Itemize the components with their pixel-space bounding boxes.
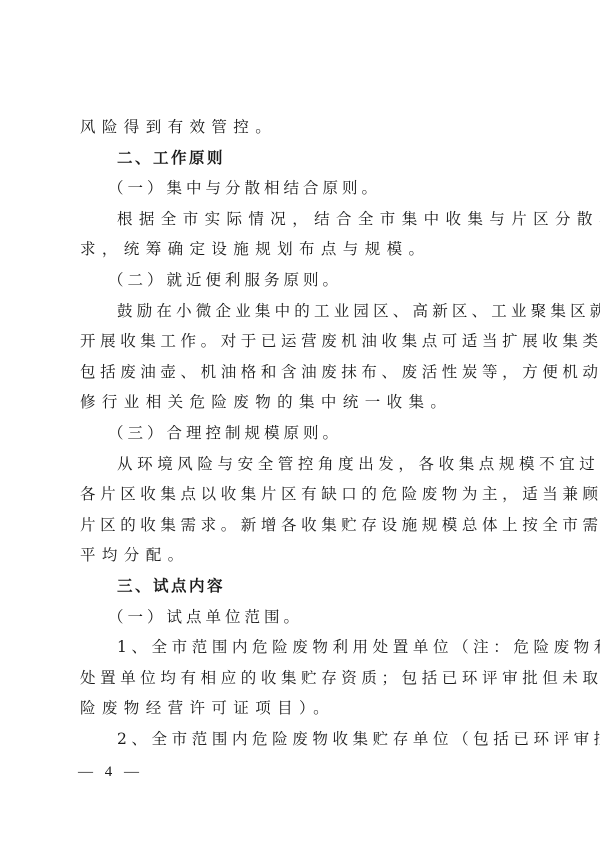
subsection-heading: （一）试点单位范围。 bbox=[80, 602, 520, 633]
paragraph-line: 2、全市范围内危险废物收集贮存单位（包括已环评审批但 bbox=[80, 724, 520, 755]
document-body: 风险得到有效管控。 二、工作原则 （一）集中与分散相结合原则。 根据全市实际情况… bbox=[80, 112, 520, 754]
paragraph-line: 根据全市实际情况，结合全市集中收集与片区分散收集需 bbox=[80, 204, 520, 235]
paragraph-line: 片区的收集需求。新增各收集贮存设施规模总体上按全市需求量 bbox=[80, 510, 520, 541]
paragraph-line: 险废物经营许可证项目）。 bbox=[80, 693, 520, 724]
paragraph-line: 各片区收集点以收集片区有缺口的危险废物为主，适当兼顾周边 bbox=[80, 479, 520, 510]
paragraph-line: 包括废油壶、机油格和含油废抹布、废活性炭等，方便机动车维 bbox=[80, 357, 520, 388]
subsection-heading: （二）就近便利服务原则。 bbox=[80, 265, 520, 296]
section-heading: 二、工作原则 bbox=[80, 143, 520, 174]
paragraph-line: 1、全市范围内危险废物利用处置单位（注：危险废物利用 bbox=[80, 632, 520, 663]
page-number: — 4 — bbox=[78, 764, 143, 781]
paragraph-line: 求，统筹确定设施规划布点与规模。 bbox=[80, 234, 520, 265]
paragraph-line: 开展收集工作。对于已运营废机油收集点可适当扩展收集类别， bbox=[80, 326, 520, 357]
paragraph-line: 修行业相关危险废物的集中统一收集。 bbox=[80, 387, 520, 418]
paragraph-line: 从环境风险与安全管控角度出发，各收集点规模不宜过大， bbox=[80, 449, 520, 480]
subsection-heading: （三）合理控制规模原则。 bbox=[80, 418, 520, 449]
paragraph-line: 风险得到有效管控。 bbox=[80, 112, 520, 143]
paragraph-line: 鼓励在小微企业集中的工业园区、高新区、工业聚集区就近 bbox=[80, 296, 520, 327]
paragraph-line: 处置单位均有相应的收集贮存资质；包括已环评审批但未取得危 bbox=[80, 663, 520, 694]
section-heading: 三、试点内容 bbox=[80, 571, 520, 602]
subsection-heading: （一）集中与分散相结合原则。 bbox=[80, 173, 520, 204]
paragraph-line: 平均分配。 bbox=[80, 540, 520, 571]
